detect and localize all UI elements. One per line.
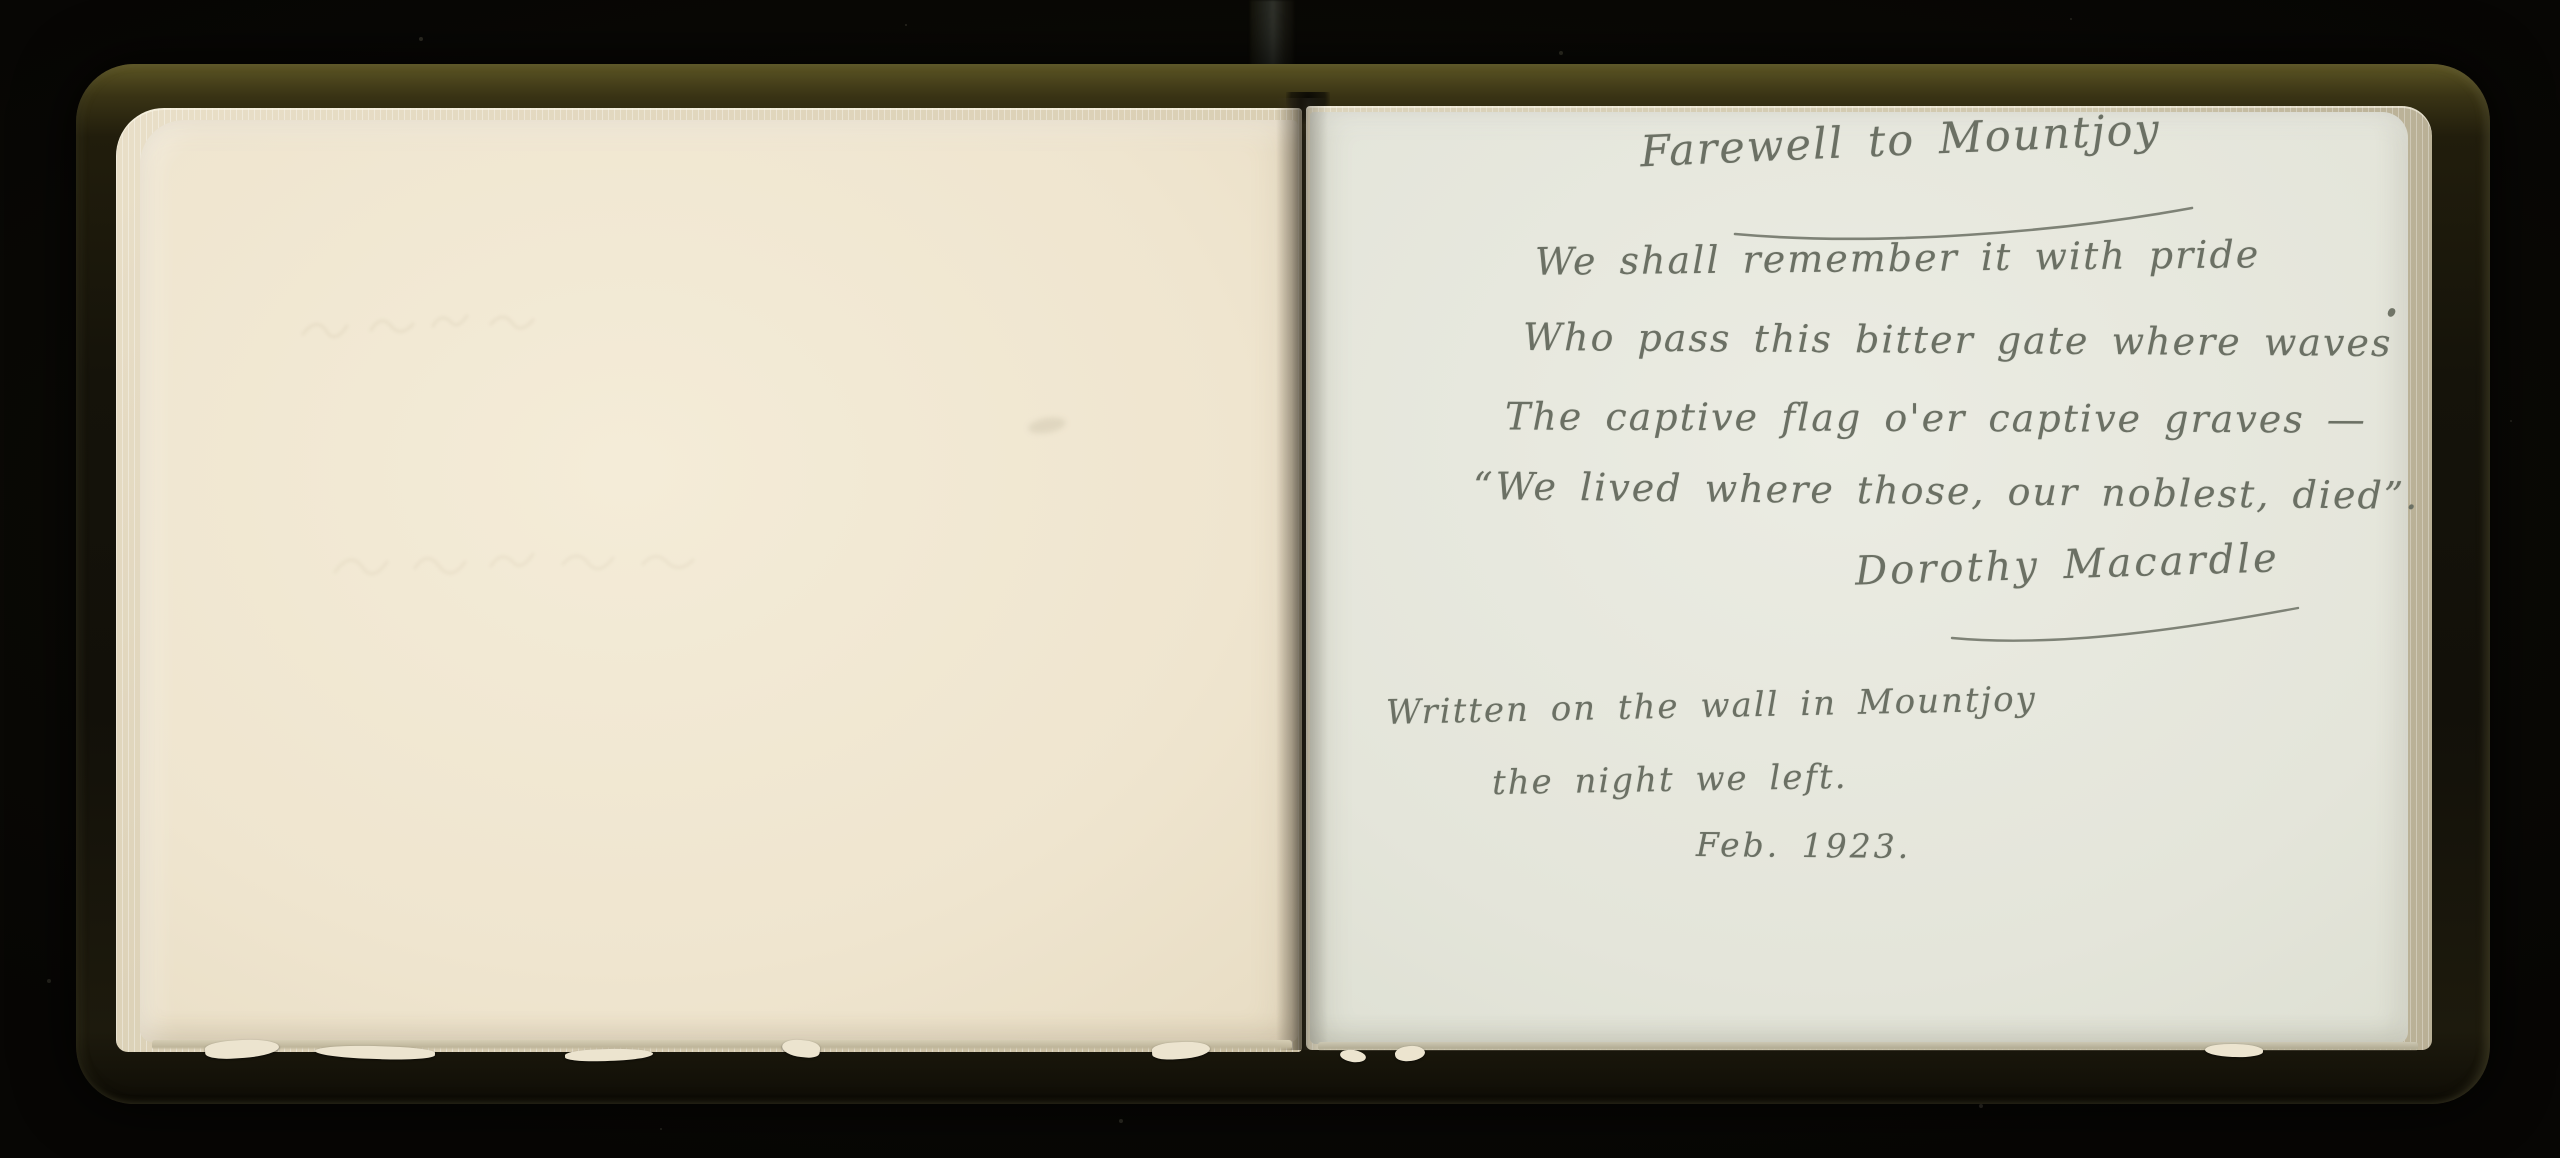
handwritten-title: Farewell to Mountjoy	[1639, 105, 2161, 178]
signature-underline	[1950, 606, 2302, 648]
ink-dot	[2387, 307, 2397, 318]
poem-line: We shall remember it with pride	[1535, 232, 2261, 284]
poem-line: The captive flag o'er captive graves —	[1505, 394, 2367, 441]
date-line: Feb. 1923.	[1696, 825, 1912, 866]
inscription-line: Written on the wall in Mountjoy	[1386, 679, 2038, 733]
left-page	[140, 120, 1298, 1042]
right-page: Farewell to Mountjoy We shall remember i…	[1310, 112, 2408, 1044]
page-smudge	[1027, 415, 1067, 436]
inscription-line: the night we left.	[1492, 757, 1848, 803]
show-through-writing-upper	[295, 288, 585, 368]
dust-specks	[0, 0, 2, 2]
signature: Dorothy Macardle	[1854, 535, 2280, 594]
photo-stage: Farewell to Mountjoy We shall remember i…	[0, 0, 2560, 1158]
poem-line: Who pass this bitter gate where waves	[1523, 315, 2393, 365]
poem-line: “We lived where those, our noblest, died…	[1473, 464, 2420, 518]
show-through-writing-lower	[325, 520, 775, 610]
